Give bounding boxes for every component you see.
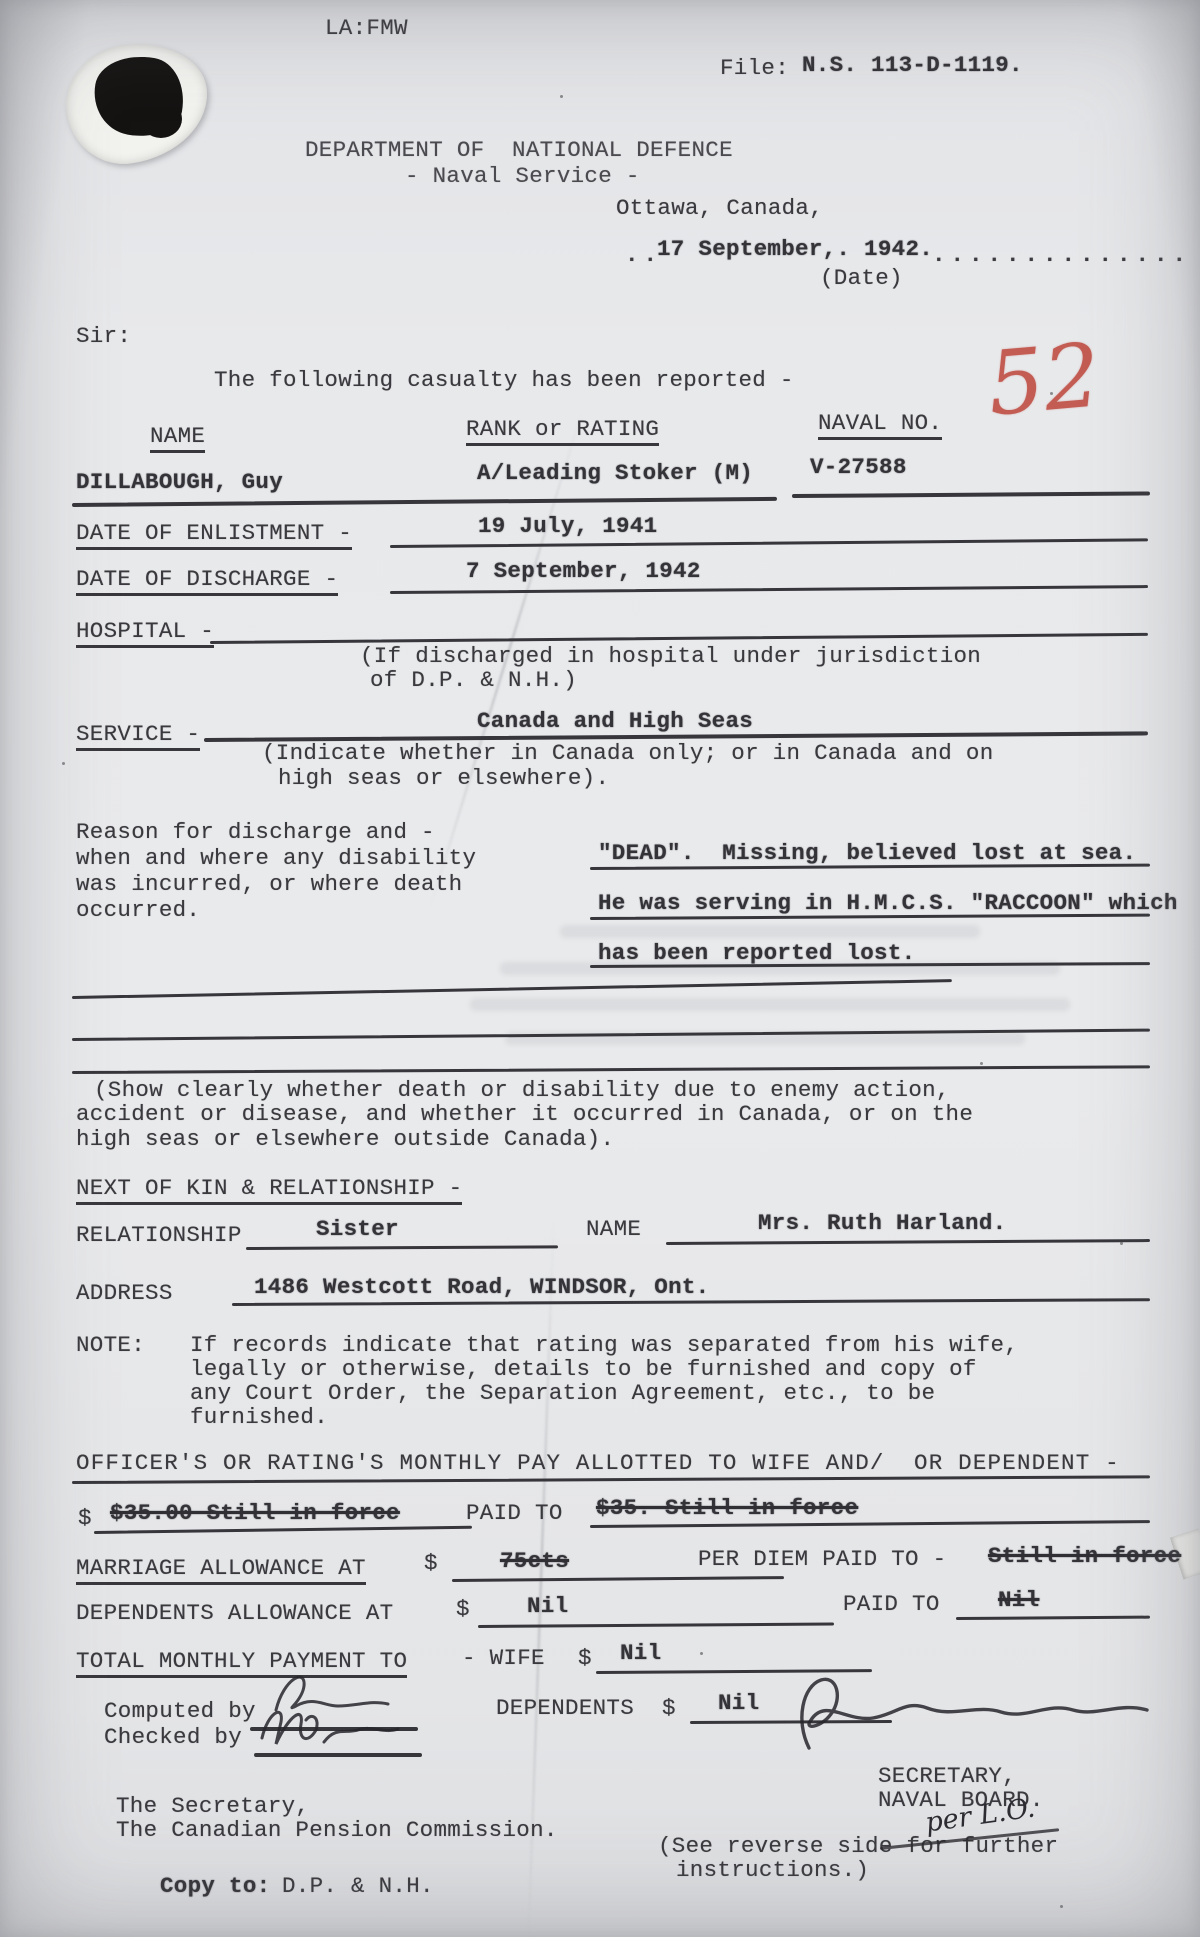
enlistment-value: 19 July, 1941 [478, 514, 657, 539]
service-note-line1: (Indicate whether in Canada only; or in … [262, 741, 994, 766]
computed-by-label: Computed by [104, 1699, 256, 1724]
paper-speck [1060, 1905, 1063, 1908]
paid-to-label: PAID TO [466, 1501, 563, 1526]
file-number: N.S. 113-D-1119. [802, 53, 1023, 78]
reason-value-line1: "DEAD". Missing, believed lost at sea. [598, 841, 1136, 866]
rule-line [72, 1065, 1150, 1074]
naval-no-header: NAVAL NO. [818, 411, 942, 440]
rank-header: RANK or RATING [466, 417, 659, 446]
note-line1: If records indicate that rating was sepa… [190, 1333, 1018, 1358]
ink-bleedthrough [470, 998, 1070, 1011]
marriage-dollar-sign: $ [424, 1551, 438, 1576]
addressee-line1: The Secretary, [116, 1794, 309, 1819]
paper-speck [1120, 1242, 1123, 1245]
service-value: Canada and High Seas [477, 709, 753, 734]
rule-line [956, 1616, 1150, 1620]
branch-title: - Naval Service - [405, 164, 640, 189]
nok-name-label: NAME [586, 1217, 641, 1242]
rule-line [72, 979, 952, 999]
city-line: Ottawa, Canada, [616, 196, 823, 221]
casualty-name: DILLABOUGH, Guy [76, 470, 283, 495]
intro-line: The following casualty has been reported… [214, 368, 794, 393]
reverse-note-line1: (See reverse side for further [658, 1834, 1058, 1859]
reason-label-line4: occurred. [76, 898, 200, 923]
dependents-allowance-value: Nil [527, 1594, 568, 1619]
rule-line [246, 1245, 558, 1250]
rule-line [390, 585, 1148, 594]
rule-line [72, 497, 777, 507]
casualty-naval-no: V-27588 [810, 455, 907, 480]
rule-line [94, 1526, 472, 1534]
monthly-pay-dollar-sign: $ [78, 1506, 92, 1531]
date-leader-dots: .............. [932, 243, 1191, 268]
rule-line [590, 1520, 1150, 1528]
casualty-rank: A/Leading Stoker (M) [477, 461, 753, 486]
punch-hole-lobe [140, 100, 182, 138]
department-title: DEPARTMENT OF NATIONAL DEFENCE [305, 138, 733, 163]
rule-line [666, 1239, 1150, 1245]
addressee-line2: The Canadian Pension Commission. [116, 1818, 558, 1843]
paper-speck [980, 1062, 983, 1065]
address-label: ADDRESS [76, 1281, 173, 1306]
service-note-line2: high seas or elsewhere). [278, 766, 609, 791]
name-header: NAME [150, 424, 205, 453]
red-page-number: 52 [984, 323, 1105, 435]
reason-label-line3: was incurred, or where death [76, 872, 462, 897]
paper-speck [560, 95, 563, 98]
paid-to-value: $35. Still in force [596, 1496, 858, 1521]
reason-value-line2: He was serving in H.M.C.S. "RACCOON" whi… [598, 891, 1178, 916]
rule-line [792, 492, 1150, 498]
pay-heading: OFFICER'S OR RATING'S MONTHLY PAY ALLOTT… [76, 1451, 1120, 1476]
marriage-allowance-label: MARRIAGE ALLOWANCE AT [76, 1556, 366, 1585]
address-value: 1486 Westcott Road, WINDSOR, Ont. [254, 1275, 709, 1300]
next-of-kin-heading: NEXT OF KIN & RELATIONSHIP - [76, 1176, 462, 1205]
secretary-title-line1: SECRETARY, [878, 1764, 1016, 1789]
per-diem-value: Still in force [988, 1544, 1181, 1569]
rule-line [478, 1623, 834, 1628]
per-diem-label: PER DIEM PAID TO - [698, 1547, 946, 1572]
reason-note-line3: high seas or elsewhere outside Canada). [76, 1127, 614, 1152]
nok-name-value: Mrs. Ruth Harland. [758, 1211, 1006, 1236]
relationship-label: RELATIONSHIP [76, 1223, 242, 1248]
salutation: Sir: [76, 324, 131, 349]
hospital-label: HOSPITAL - [76, 619, 214, 648]
rule-line [390, 538, 1148, 548]
reason-note-line1: (Show clearly whether death or disabilit… [94, 1078, 950, 1103]
file-label: File: [720, 56, 789, 81]
marriage-allowance-value: 75cts [500, 1549, 569, 1574]
dependents-dollar-sign: $ [456, 1597, 470, 1622]
total-payment-value: Nil [620, 1641, 661, 1666]
reason-label-line1: Reason for discharge and - [76, 820, 435, 845]
rule-line [254, 1753, 422, 1757]
dependents-paid-to-label: PAID TO [843, 1592, 940, 1617]
service-label: SERVICE - [76, 722, 200, 751]
reason-label-line2: when and where any disability [76, 846, 476, 871]
dependents-label: DEPENDENTS [496, 1696, 634, 1721]
monthly-pay-amount: $35.00 Still in force [110, 1501, 400, 1526]
paper-speck [700, 1652, 703, 1655]
copy-to-label: Copy to: [160, 1874, 270, 1899]
copy-to-value: D.P. & N.H. [282, 1874, 434, 1899]
total-dollar-sign: $ [578, 1646, 592, 1671]
hospital-note-line1: (If discharged in hospital under jurisdi… [360, 644, 981, 669]
rule-line [452, 1576, 784, 1582]
secretary-signature [775, 1668, 1185, 1760]
rule-line [72, 1475, 1150, 1484]
discharge-label: DATE OF DISCHARGE - [76, 567, 338, 596]
reason-value-line3: has been reported lost. [598, 941, 915, 966]
note-label: NOTE: [76, 1333, 145, 1358]
checked-by-label: Checked by [104, 1725, 242, 1750]
note-line4: furnished. [190, 1405, 328, 1430]
paper-speck [62, 762, 65, 765]
reason-note-line2: accident or disease, and whether it occu… [76, 1102, 973, 1127]
hospital-note-line2: of D.P. & N.H.) [370, 668, 577, 693]
total-wife-label: - WIFE [462, 1646, 545, 1671]
ink-bleedthrough [560, 925, 980, 938]
date-value: 17 September,. 1942. [657, 237, 933, 262]
checked-by-signature [248, 1694, 428, 1756]
dependents-allowance-label: DEPENDENTS ALLOWANCE AT [76, 1601, 393, 1626]
discharge-value: 7 September, 1942 [466, 559, 701, 584]
dependents-dollar-sign2: $ [662, 1696, 676, 1721]
note-line2: legally or otherwise, details to be furn… [190, 1357, 977, 1382]
dependents-value: Nil [718, 1691, 759, 1716]
relationship-value: Sister [316, 1217, 399, 1242]
reverse-note-line2: instructions.) [676, 1858, 869, 1883]
note-line3: any Court Order, the Separation Agreemen… [190, 1381, 935, 1406]
scanned-letter-page: LA:FMW File: N.S. 113-D-1119. DEPARTMENT… [0, 0, 1200, 1937]
date-caption: (Date) [820, 266, 903, 291]
typist-initials: LA:FMW [325, 16, 408, 41]
dependents-paid-to-value: Nil [998, 1588, 1039, 1613]
enlistment-label: DATE OF ENLISTMENT - [76, 521, 352, 550]
